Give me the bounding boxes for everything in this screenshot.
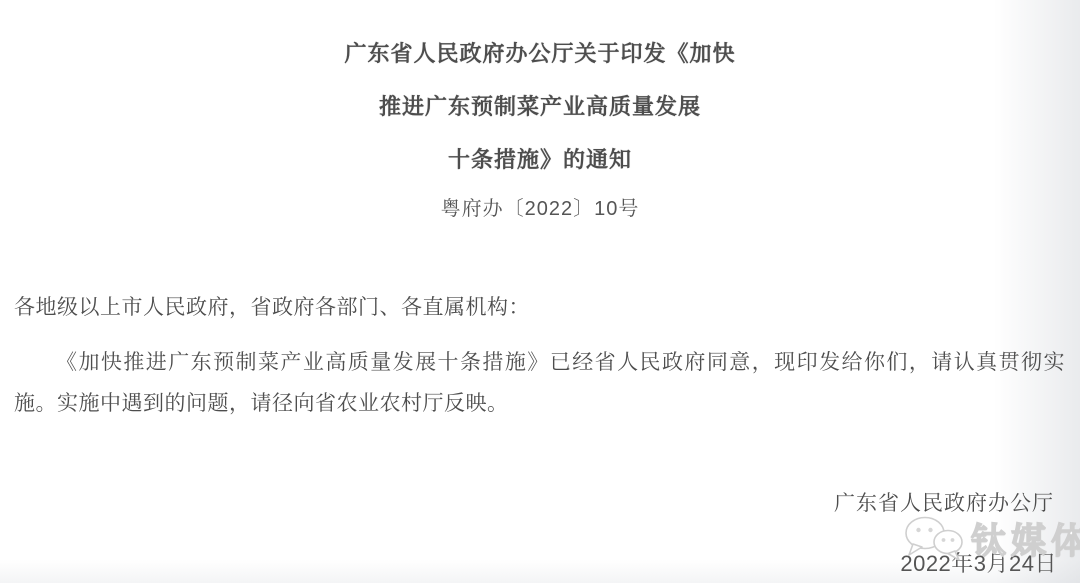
title-line-2: 推进广东预制菜产业高质量发展 xyxy=(0,80,1080,133)
document-page: 广东省人民政府办公厅关于印发《加快 推进广东预制菜产业高质量发展 十条措施》的通… xyxy=(0,0,1080,583)
title-line-1: 广东省人民政府办公厅关于印发《加快 xyxy=(0,27,1080,80)
issuer-signature: 广东省人民政府办公厅 xyxy=(834,491,1054,517)
document-title: 广东省人民政府办公厅关于印发《加快 推进广东预制菜产业高质量发展 十条措施》的通… xyxy=(0,27,1080,186)
title-line-3: 十条措施》的通知 xyxy=(0,133,1080,186)
document-number: 粤府办〔2022〕10号 xyxy=(0,192,1080,221)
salutation-line: 各地级以上市人民政府，省政府各部门、各直属机构： xyxy=(14,295,1065,320)
body-paragraph: 《加快推进广东预制菜产业高质量发展十条措施》已经省人民政府同意，现印发给你们，请… xyxy=(14,342,1065,424)
document-date: 2022年3月24日 xyxy=(900,550,1057,578)
